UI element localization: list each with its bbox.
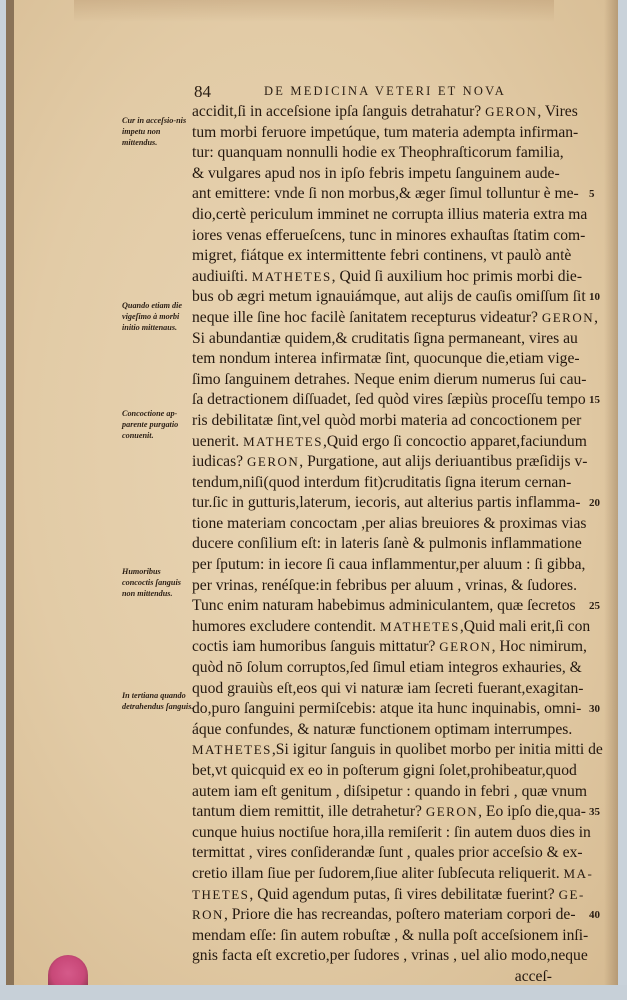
text-line: MATHETES,Si igitur ſanguis in quolibet m… xyxy=(192,740,552,761)
text-line: per vrinas, renéſque:in febribus per alu… xyxy=(192,576,552,597)
text-line: tendum,niſi(quod interdum fit)cruditatis… xyxy=(192,473,552,494)
text-line: tum morbi feruore impetúque, tum materia… xyxy=(192,123,552,144)
text-line: tur.ſic in gutturis,laterum, iecoris, au… xyxy=(192,493,552,514)
text-line: Tunc enim naturam habebimus adminiculant… xyxy=(192,596,552,617)
text-line: ant emittere: vnde ſi non morbus,& æger … xyxy=(192,184,552,205)
line-number: 20 xyxy=(589,497,600,509)
text-line: mendam eſſe: ſin autem robuſtæ , & nulla… xyxy=(192,926,552,947)
text-line: per ſputum: in iecore ſi caua inflamment… xyxy=(192,555,552,576)
text-line: termittat , vires conſiderandæ ſunt , qu… xyxy=(192,843,552,864)
text-line: quòd nō ſolum corruptos,ſed ſimul etiam … xyxy=(192,658,552,679)
speaker-name: GERON xyxy=(247,454,299,469)
speaker-name: MATHETES xyxy=(380,619,460,634)
speaker-name: MATHETES xyxy=(252,269,332,284)
text-line: bet,vt quicquid ex eo in poſterum gigni … xyxy=(192,761,552,782)
page-stain xyxy=(74,0,554,22)
text-line: iores venas efferueſcens, tunc in minore… xyxy=(192,226,552,247)
text-line: tur: quanquam nonnulli hodie ex Theophra… xyxy=(192,143,552,164)
page-header: 84 DE MEDICINA VETERI ET NOVA xyxy=(184,82,604,102)
text-line: tantum diem remittit, ille detrahetur? G… xyxy=(192,802,552,823)
text-line: cunque huius noctiſue hora,illa remiſeri… xyxy=(192,823,552,844)
text-line: autem iam eſt genitum , diſsipetur : qua… xyxy=(192,782,552,803)
text-line: bus ob ægri metum ignauiámque, aut alijs… xyxy=(192,287,552,308)
text-line: gnis facta eſt excretio,per ſudores , vr… xyxy=(192,946,552,967)
running-head: DE MEDICINA VETERI ET NOVA xyxy=(264,84,506,99)
body-text: accidit,ſi in acceſsione ipſa ſanguis de… xyxy=(192,102,552,985)
text-line: humores excludere contendit. MATHETES,Qu… xyxy=(192,617,552,638)
text-line: áque confundes, & naturæ functionem opti… xyxy=(192,720,552,741)
margin-note: Humoribus concoctis ſanguis non mittendu… xyxy=(122,566,194,599)
thumb-icon xyxy=(48,955,88,985)
text-line: quod grauiùs eſt,eos qui vi naturæ iam ſ… xyxy=(192,679,552,700)
text-line: ſimo ſanguinem detrahes. Neque enim dier… xyxy=(192,370,552,391)
line-number: 10 xyxy=(589,291,600,303)
line-number: 5 xyxy=(589,188,595,200)
text-line: accidit,ſi in acceſsione ipſa ſanguis de… xyxy=(192,102,552,123)
speaker-name: GERON xyxy=(426,804,478,819)
text-line: tem nondum interea infirmatæ ſint, quocu… xyxy=(192,349,552,370)
text-line: do,puro ſanguini permiſcebis: atque ita … xyxy=(192,699,552,720)
margin-note: In tertiana quando detrahendus ſanguis. xyxy=(122,690,194,712)
speaker-name: GERON xyxy=(542,310,594,325)
margin-note: Cur in acceſsio-nis impetu non mittendus… xyxy=(122,115,194,148)
speaker-name: MATHETES xyxy=(192,742,272,757)
speaker-name: GERON xyxy=(485,104,537,119)
line-number: 35 xyxy=(589,806,600,818)
line-number: 15 xyxy=(589,394,600,406)
text-line: dio,certè periculum imminet ne corrupta … xyxy=(192,205,552,226)
line-number: 25 xyxy=(589,600,600,612)
text-line: uenerit. MATHETES,Quid ergo ſi concoctio… xyxy=(192,432,552,453)
text-line: cretio illam ſiue per ſudorem,ſiue alite… xyxy=(192,864,552,885)
line-number: 30 xyxy=(589,703,600,715)
speaker-name: GE- xyxy=(559,887,585,902)
margin-note: Concoctione ap-parente purgatio conuenit… xyxy=(122,408,194,441)
text-line: iudicas? GERON, Purgatione, aut alijs de… xyxy=(192,452,552,473)
text-line: THETES, Quid agendum putas, ſi vires deb… xyxy=(192,885,552,906)
text-line: ris debilitatæ ſint,vel quòd morbi mater… xyxy=(192,411,552,432)
text-line: ducere conſilium eſt: in lateris ſanè & … xyxy=(192,534,552,555)
page-number: 84 xyxy=(194,82,211,102)
text-line: audiuiſti. MATHETES, Quid ſi auxilium ho… xyxy=(192,267,552,288)
book-page: 84 DE MEDICINA VETERI ET NOVA accidit,ſi… xyxy=(6,0,618,985)
text-line: coctis iam humoribus ſanguis mittatur? G… xyxy=(192,637,552,658)
catchword: acceſ- xyxy=(192,967,552,985)
text-line: migret, fiátque ex intermittente febri c… xyxy=(192,246,552,267)
text-line: & vulgares apud nos in ipſo febris impet… xyxy=(192,164,552,185)
speaker-name: GERON xyxy=(439,639,491,654)
speaker-name: THETES xyxy=(192,887,249,902)
text-line: tione materiam concoctam ,per alias breu… xyxy=(192,514,552,535)
line-number: 40 xyxy=(589,909,600,921)
scan-background xyxy=(0,985,627,1000)
speaker-name: RON xyxy=(192,907,224,922)
text-line: ſa detractionem diſſuadet, ſed quòd vire… xyxy=(192,390,552,411)
text-line: neque ille ſine hoc facilè ſanitatem rec… xyxy=(192,308,552,329)
text-line: RON, Priore die has recreandas, poſtero … xyxy=(192,905,552,926)
margin-note: Quando etiam die vigeſimo à morbi initio… xyxy=(122,300,194,333)
speaker-name: MATHETES xyxy=(243,434,323,449)
text-line: Si abundantiæ quidem,& cruditatis ſigna … xyxy=(192,329,552,350)
speaker-name: MA- xyxy=(564,866,594,881)
